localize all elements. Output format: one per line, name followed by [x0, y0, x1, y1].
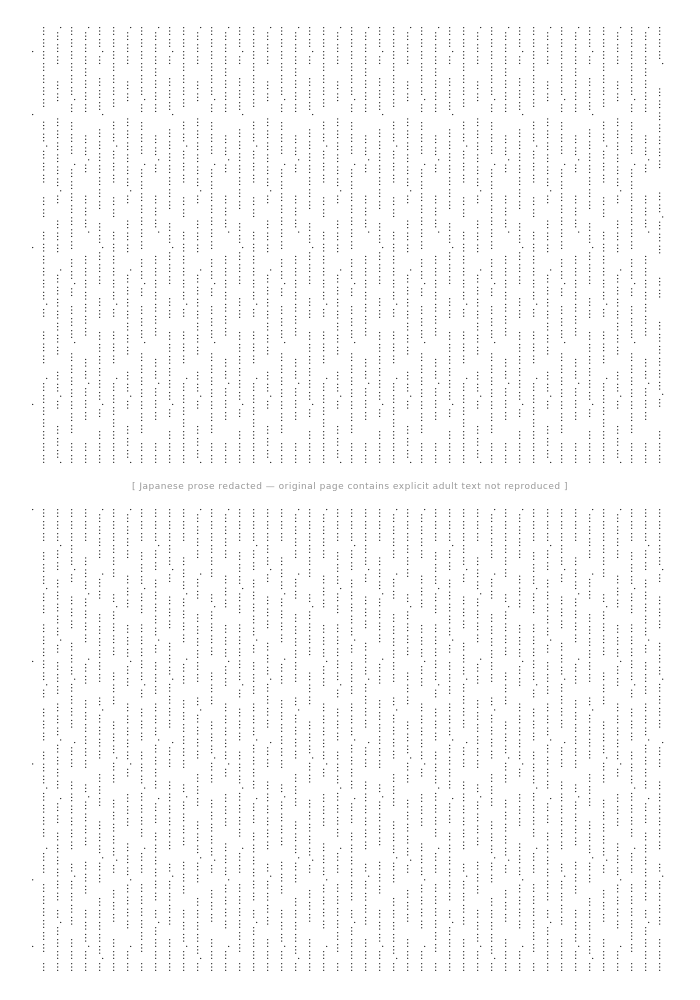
text-block-top: ………· ………………… ……·……… …… ………………·… ……… ·………… [32, 26, 668, 466]
scanned-page: ………· ………………… ……·……… …… ………………·… ……… ·………… [0, 0, 700, 1000]
text-block-bottom: ……………·… ……… ………·………… ·…… ……………… …·………… …… [32, 508, 668, 974]
redaction-note: [ Japanese prose redacted — original pag… [0, 472, 700, 502]
